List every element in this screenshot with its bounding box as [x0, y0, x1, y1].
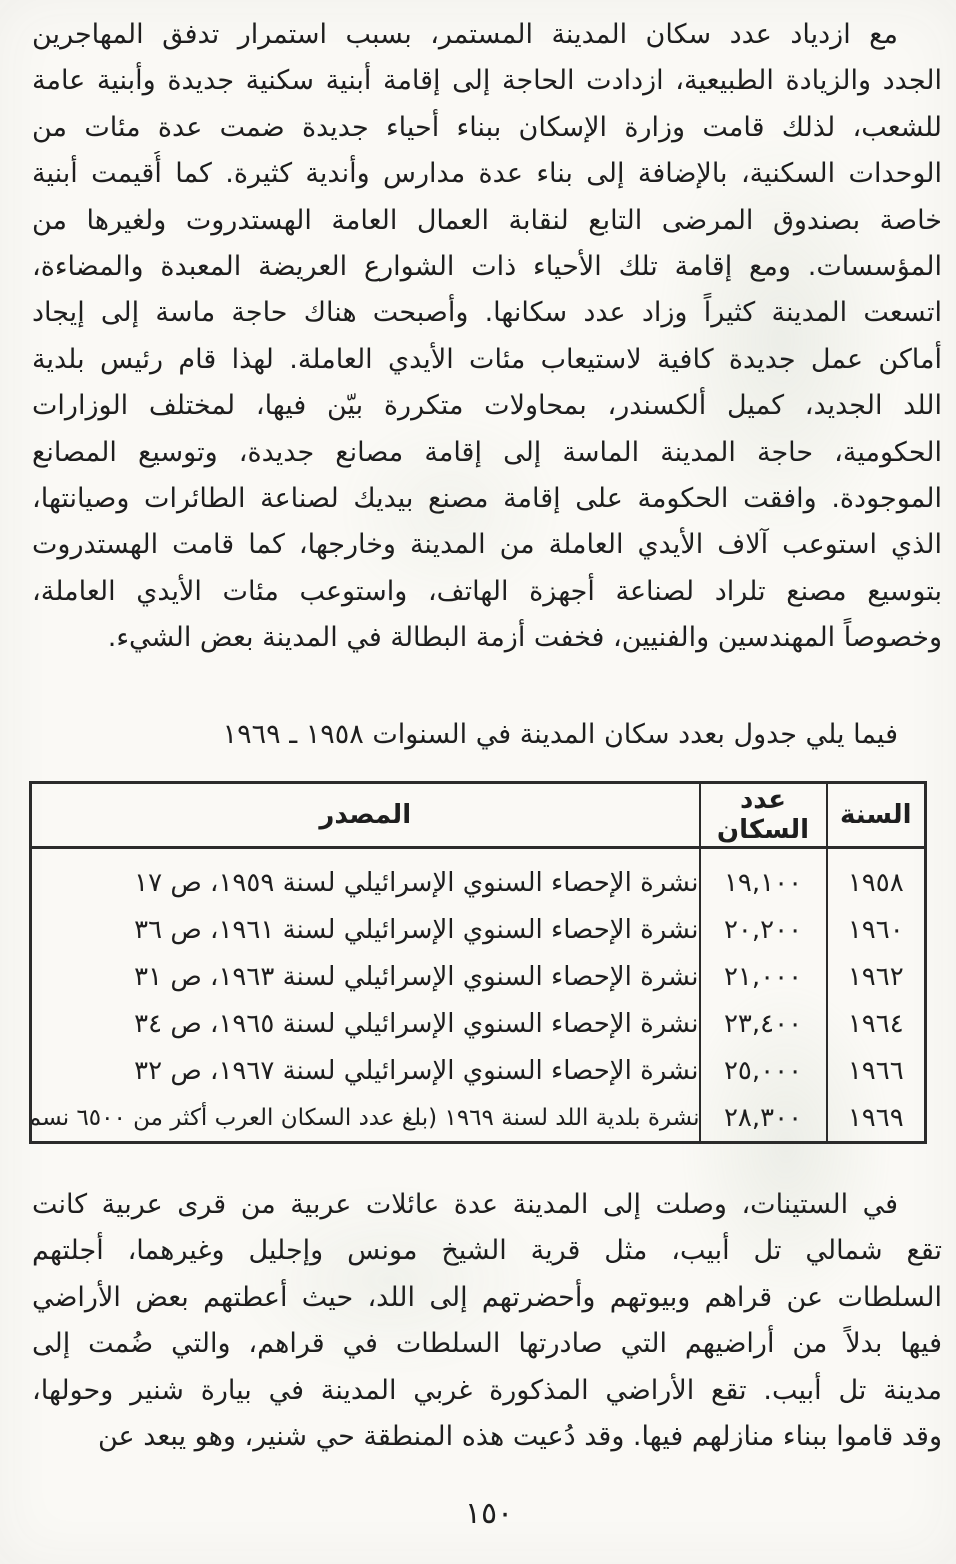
- text-line: السلطات عن قراهم وبيوتهم وأحضرتهم إلى ال…: [32, 1275, 942, 1321]
- text-line: للشعب، لذلك قامت وزارة الإسكان ببناء أحي…: [32, 105, 942, 151]
- text-line: اللد الجديد، كميل ألكسندر، بمحاولات متكر…: [32, 383, 942, 429]
- cell-population: ٢٣,٤٠٠: [700, 1000, 827, 1047]
- text-line: الذي استوعب آلاف الأيدي العاملة من المدي…: [32, 522, 942, 568]
- cell-population: ٢١,٠٠٠: [700, 953, 827, 1000]
- cell-year: ١٩٦٠: [827, 906, 926, 953]
- text-line: فيها بدلاً من أراضيهم التي صادرتها السلط…: [32, 1321, 942, 1367]
- text-line: الموجودة. وافقت الحكومة على إقامة مصنع ب…: [32, 476, 942, 522]
- cell-year: ١٩٦٢: [827, 953, 926, 1000]
- cell-year: ١٩٦٤: [827, 1000, 926, 1047]
- cell-population: ٢٠,٢٠٠: [700, 906, 827, 953]
- table-row: ١٩٦٩ ٢٨,٣٠٠ نشرة بلدية اللد لسنة ١٩٦٩ (ب…: [31, 1094, 926, 1143]
- table-row: ١٩٦٤ ٢٣,٤٠٠ نشرة الإحصاء السنوي الإسرائي…: [31, 1000, 926, 1047]
- cell-population: ٢٨,٣٠٠: [700, 1094, 827, 1143]
- text-line: مع ازدياد عدد سكان المدينة المستمر، بسبب…: [32, 12, 942, 58]
- paragraph-top: مع ازدياد عدد سكان المدينة المستمر، بسبب…: [32, 12, 942, 661]
- cell-source: نشرة بلدية اللد لسنة ١٩٦٩ (بلغ عدد السكا…: [31, 1094, 700, 1143]
- population-table: السنة عدد السكان المصدر ١٩٥٨ ١٩,١٠٠ نشرة…: [29, 781, 927, 1144]
- table-caption: فيما يلي جدول بعدد سكان المدينة في السنو…: [32, 712, 898, 758]
- table-header-row: السنة عدد السكان المصدر: [31, 783, 926, 848]
- text-line: مدينة تل أبيب. تقع الأراضي المذكورة غربي…: [32, 1368, 942, 1414]
- table-row: ١٩٦٦ ٢٥,٠٠٠ نشرة الإحصاء السنوي الإسرائي…: [31, 1047, 926, 1094]
- cell-source: نشرة الإحصاء السنوي الإسرائيلي لسنة ١٩٦٥…: [31, 1000, 700, 1047]
- text-line: الوحدات السكنية، بالإضافة إلى بناء عدة م…: [32, 151, 942, 197]
- cell-source: نشرة الإحصاء السنوي الإسرائيلي لسنة ١٩٦١…: [31, 906, 700, 953]
- cell-source: نشرة الإحصاء السنوي الإسرائيلي لسنة ١٩٦٣…: [31, 953, 700, 1000]
- column-header-population: عدد السكان: [700, 783, 827, 848]
- text-line: اتسعت المدينة كثيراً وزاد عدد سكانها. وأ…: [32, 290, 942, 336]
- table-row: ١٩٦٠ ٢٠,٢٠٠ نشرة الإحصاء السنوي الإسرائي…: [31, 906, 926, 953]
- text-line: الحكومية، حاجة المدينة الماسة إلى إقامة …: [32, 430, 942, 476]
- text-line: بتوسيع مصنع تلراد لصناعة أجهزة الهاتف، و…: [32, 569, 942, 615]
- table-row: ١٩٥٨ ١٩,١٠٠ نشرة الإحصاء السنوي الإسرائي…: [31, 848, 926, 907]
- text-line: الجدد والزيادة الطبيعية، ازدادت الحاجة إ…: [32, 58, 942, 104]
- cell-year: ١٩٦٩: [827, 1094, 926, 1143]
- text-line: تقع شمالي تل أبيب، مثل قرية الشيخ مونس و…: [32, 1228, 942, 1274]
- text-line: وخصوصاً المهندسين والفنيين، فخفت أزمة ال…: [32, 615, 942, 661]
- column-header-source: المصدر: [31, 783, 700, 848]
- page-number: ١٥٠: [11, 1496, 956, 1531]
- text-line: في الستينات، وصلت إلى المدينة عدة عائلات…: [32, 1182, 942, 1228]
- table-body: ١٩٥٨ ١٩,١٠٠ نشرة الإحصاء السنوي الإسرائي…: [31, 848, 926, 1143]
- text-line: المؤسسات. ومع إقامة تلك الأحياء ذات الشو…: [32, 244, 942, 290]
- cell-population: ١٩,١٠٠: [700, 848, 827, 907]
- cell-population: ٢٥,٠٠٠: [700, 1047, 827, 1094]
- text-line: أماكن عمل جديدة كافية لاستيعاب مئات الأي…: [32, 337, 942, 383]
- cell-source: نشرة الإحصاء السنوي الإسرائيلي لسنة ١٩٦٧…: [31, 1047, 700, 1094]
- cell-source: نشرة الإحصاء السنوي الإسرائيلي لسنة ١٩٥٩…: [31, 848, 700, 907]
- cell-year: ١٩٥٨: [827, 848, 926, 907]
- scanned-book-page: مع ازدياد عدد سكان المدينة المستمر، بسبب…: [0, 0, 956, 1564]
- column-header-year: السنة: [827, 783, 926, 848]
- text-line: خاصة بصندوق المرضى التابع لنقابة العمال …: [32, 198, 942, 244]
- table-row: ١٩٦٢ ٢١,٠٠٠ نشرة الإحصاء السنوي الإسرائي…: [31, 953, 926, 1000]
- text-line: وقد قاموا ببناء منازلهم فيها. وقد دُعيت …: [32, 1414, 942, 1460]
- paragraph-bottom: في الستينات، وصلت إلى المدينة عدة عائلات…: [32, 1182, 942, 1460]
- cell-year: ١٩٦٦: [827, 1047, 926, 1094]
